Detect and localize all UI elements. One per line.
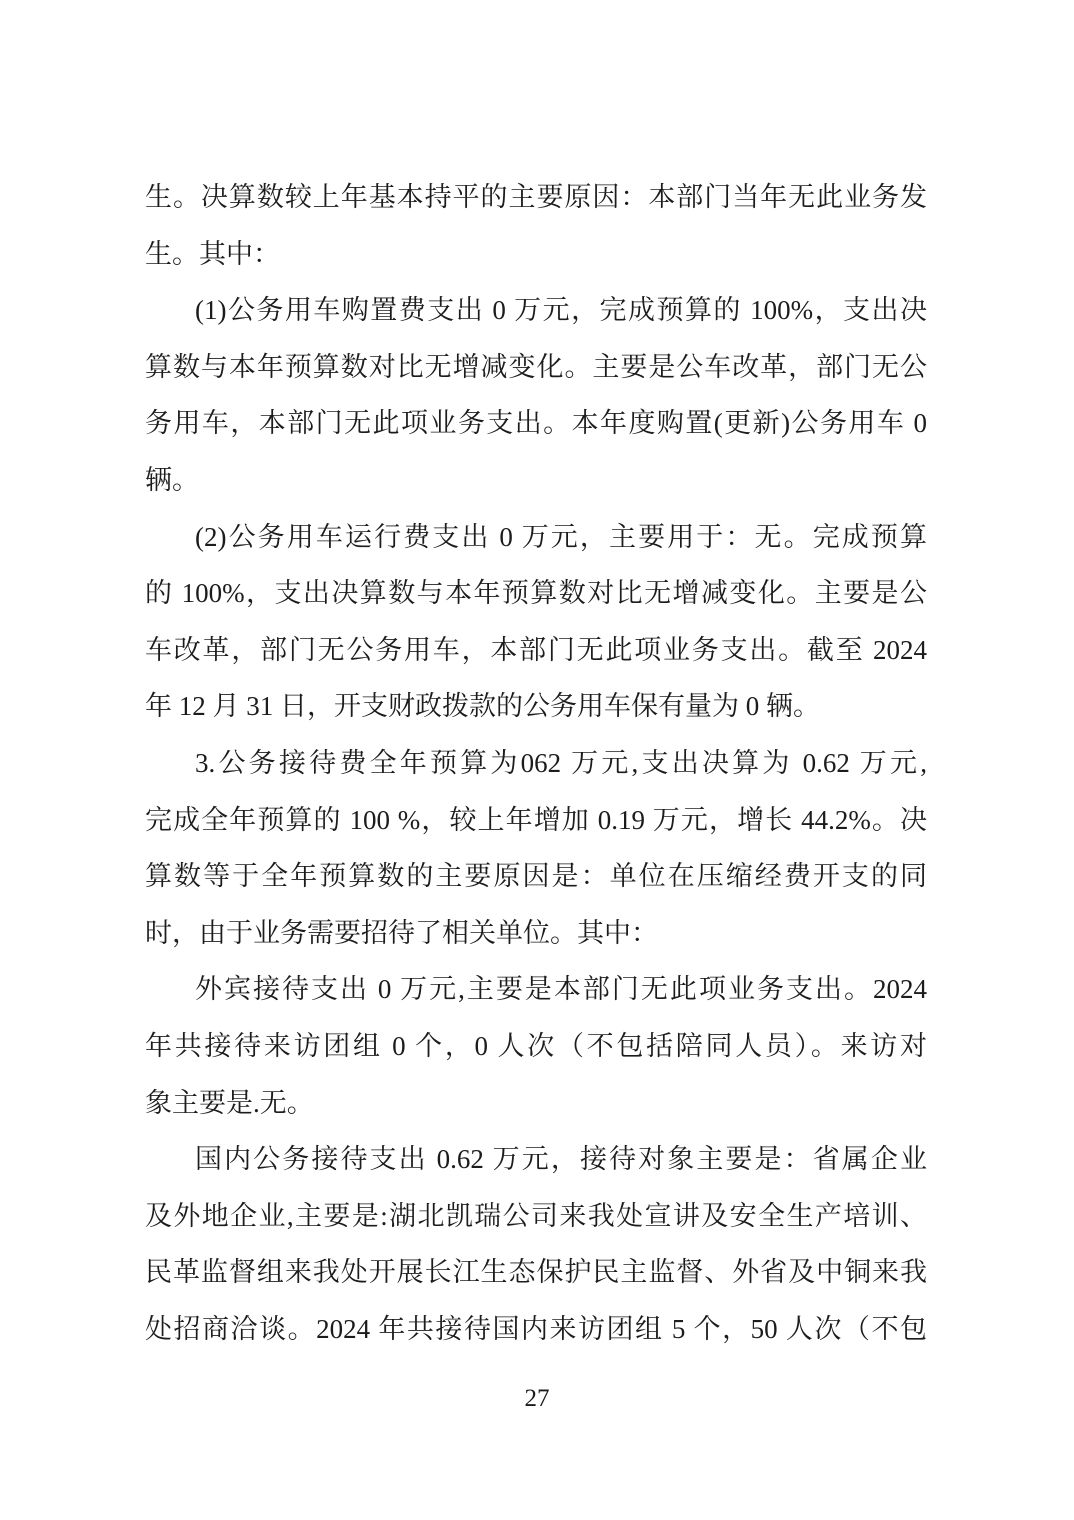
- document-line: 的 100%，支出决算数与本年预算数对比无增减变化。主要是公: [145, 565, 927, 622]
- document-line: 辆。: [145, 452, 927, 509]
- document-line: 生。决算数较上年基本持平的主要原因：本部门当年无此业务发: [145, 169, 927, 226]
- document-line: 象主要是.无。: [145, 1075, 927, 1132]
- document-line: (2)公务用车运行费支出 0 万元，主要用于：无。完成预算: [145, 509, 927, 566]
- document-line: 车改革，部门无公务用车，本部门无此项业务支出。截至 2024: [145, 622, 927, 679]
- document-line: 算数等于全年预算数的主要原因是：单位在压缩经费开支的同: [145, 848, 927, 905]
- document-line: 时，由于业务需要招待了相关单位。其中：: [145, 905, 927, 962]
- document-body: 生。决算数较上年基本持平的主要原因：本部门当年无此业务发 生。其中： (1)公务…: [145, 169, 927, 1357]
- document-line: 及外地企业,主要是:湖北凯瑞公司来我处宣讲及安全生产培训、: [145, 1188, 927, 1245]
- document-line: 完成全年预算的 100 %，较上年增加 0.19 万元，增长 44.2%。决: [145, 792, 927, 849]
- document-line: 生。其中：: [145, 226, 927, 283]
- document-line: 年共接待来访团组 0 个，0 人次（不包括陪同人员）。来访对: [145, 1018, 927, 1075]
- document-line: 国内公务接待支出 0.62 万元，接待对象主要是：省属企业: [145, 1131, 927, 1188]
- document-line: 外宾接待支出 0 万元,主要是本部门无此项业务支出。2024: [145, 961, 927, 1018]
- document-line: 3.公务接待费全年预算为062 万元,支出决算为 0.62 万元,: [145, 735, 927, 792]
- document-line: 务用车，本部门无此项业务支出。本年度购置(更新)公务用车 0: [145, 395, 927, 452]
- document-line: 民革监督组来我处开展长江生态保护民主监督、外省及中铜来我: [145, 1244, 927, 1301]
- document-line: 年 12 月 31 日，开支财政拨款的公务用车保有量为 0 辆。: [145, 678, 927, 735]
- document-page: 生。决算数较上年基本持平的主要原因：本部门当年无此业务发 生。其中： (1)公务…: [0, 0, 1074, 1520]
- document-line: 处招商洽谈。2024 年共接待国内来访团组 5 个，50 人次（不包: [145, 1301, 927, 1358]
- document-line: 算数与本年预算数对比无增减变化。主要是公车改革，部门无公: [145, 339, 927, 396]
- document-line: (1)公务用车购置费支出 0 万元，完成预算的 100%，支出决: [145, 282, 927, 339]
- page-number: 27: [0, 1379, 1074, 1419]
